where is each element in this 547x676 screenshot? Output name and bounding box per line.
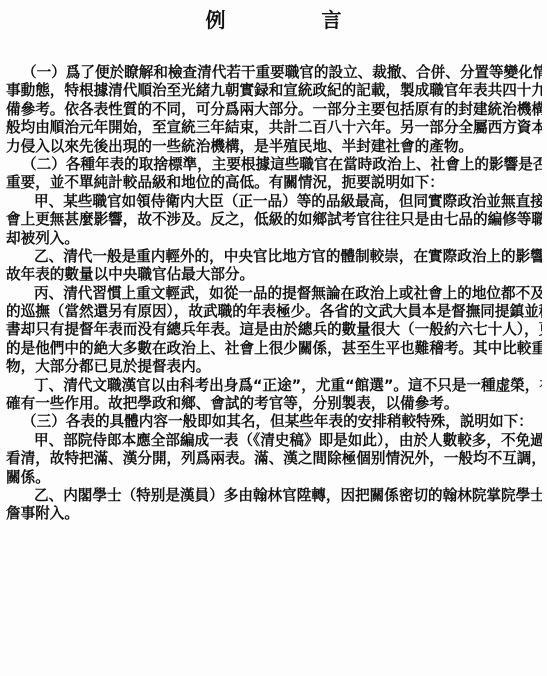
page-title: 例 言 xyxy=(0,8,547,32)
paragraph-section-3-jia: 甲、部院侍郎本應全部編成一表（《清史稿》即是如此），由於人數較多，不免過密，很難… xyxy=(6,432,542,487)
text-line: 故年表的數量以中央職官佔最大部分。 xyxy=(6,266,542,284)
text-line: 丙、清代習慣上重文輕武，如從一品的提督無論在政治上或社會上的地位都不及正二品 xyxy=(6,285,542,303)
paragraph-section-1: （一）爲了便於瞭解和檢查清代若干重要職官的設立、裁撤、合併、分置等變化情況和人 … xyxy=(6,64,542,156)
text-line: （二）各種年表的取捨標準，主要根據這些職官在當時政治上、社會上的影響是否比較 xyxy=(6,156,542,174)
text-line: 事動態，特根據清代順治至光緒九朝實録和宣統政紀的記載，製成職官年表共四十九種，以 xyxy=(6,82,542,100)
text-line: （一）爲了便於瞭解和檢查清代若干重要職官的設立、裁撤、合併、分置等變化情況和人 xyxy=(6,64,542,82)
text-line: 乙、清代一般是重内輕外的，中央官比地方官的體制較崇，在實際政治上的影響亦較大， xyxy=(6,248,542,266)
text-line: 甲、部院侍郎本應全部編成一表（《清史稿》即是如此），由於人數較多，不免過密，很難 xyxy=(6,432,542,450)
text-line: 的是他們中的絶大多數在政治上、社會上很少關係，甚至生平也難稽考。其中比較重要的人 xyxy=(6,340,542,358)
text-line: 物，大部分都已見於提督表内。 xyxy=(6,358,542,376)
text-line: 確有一些作用。故把學政和鄉、會試的考官等，分别製表，以備參考。 xyxy=(6,395,542,413)
paragraph-section-2-ding: 丁、清代文職漢官以由科考出身爲“正途”，尤重“館選”。這不只是一種虚榮，在仕途上… xyxy=(6,377,542,414)
text-line: 丁、清代文職漢官以由科考出身爲“正途”，尤重“館選”。這不只是一種虚榮，在仕途上 xyxy=(6,377,542,395)
text-line: 詹事附入。 xyxy=(6,505,542,523)
text-line: （三）各表的具體内容一般即如其名，但某些年表的安排稍較特殊，説明如下： xyxy=(6,413,542,431)
document-body: （一）爲了便於瞭解和檢查清代若干重要職官的設立、裁撤、合併、分置等變化情況和人 … xyxy=(6,64,542,524)
text-line: 關係。 xyxy=(6,469,542,487)
text-line: 的巡撫（當然還另有原因），故武職的年表極少。各省的文武大員本是督撫同提鎮並稱的，… xyxy=(6,303,542,321)
paragraph-section-2-jia: 甲、某些職官如領侍衛内大臣（正一品）等的品級最高，但同實際政治並無直接關係，社 … xyxy=(6,193,542,248)
text-line: 般均由順治元年開始，至宣統三年結束，共計二百八十六年。另一部分全屬西方資本主義勢 xyxy=(6,119,542,137)
text-line: 備參考。依各表性質的不同，可分爲兩大部分。一部分主要包括原有的封建統治機構，一 xyxy=(6,101,542,119)
paragraph-section-3-yi: 乙、内閣學士（特别是漢員）多由翰林官陞轉，因把關係密切的翰林院掌院學士和詹事府 … xyxy=(6,487,542,524)
text-line: 會上更無甚麼影響，故不涉及。反之，低級的如鄉試考官往往只是由七品的編修等職派充， xyxy=(6,211,542,229)
text-line: 看清，故特把滿、漢分開，列爲兩表。滿、漢之間除極個别情況外，一般均不互調，分開毫… xyxy=(6,450,542,468)
text-line: 乙、内閣學士（特别是漢員）多由翰林官陞轉，因把關係密切的翰林院掌院學士和詹事府 xyxy=(6,487,542,505)
text-line: 書却只有提督年表而没有總兵年表。這是由於總兵的數量很大（一般約六七十人），更重要 xyxy=(6,321,542,339)
paragraph-section-2-bing: 丙、清代習慣上重文輕武，如從一品的提督無論在政治上或社會上的地位都不及正二品 的… xyxy=(6,285,542,377)
document-page: 例 言 （一）爲了便於瞭解和檢查清代若干重要職官的設立、裁撤、合併、分置等變化情… xyxy=(0,0,547,676)
text-line: 甲、某些職官如領侍衛内大臣（正一品）等的品級最高，但同實際政治並無直接關係，社 xyxy=(6,193,542,211)
paragraph-section-2: （二）各種年表的取捨標準，主要根據這些職官在當時政治上、社會上的影響是否比較 重… xyxy=(6,156,542,193)
paragraph-section-3: （三）各表的具體内容一般即如其名，但某些年表的安排稍較特殊，説明如下： xyxy=(6,413,542,431)
paragraph-section-2-yi: 乙、清代一般是重内輕外的，中央官比地方官的體制較崇，在實際政治上的影響亦較大， … xyxy=(6,248,542,285)
text-line: 重要，並不單純計較品級和地位的高低。有關情況，扼要説明如下： xyxy=(6,174,542,192)
text-line: 力侵入以來先後出現的一些統治機構，是半殖民地、半封建社會的產物。 xyxy=(6,138,542,156)
text-line: 却被列入。 xyxy=(6,230,542,248)
